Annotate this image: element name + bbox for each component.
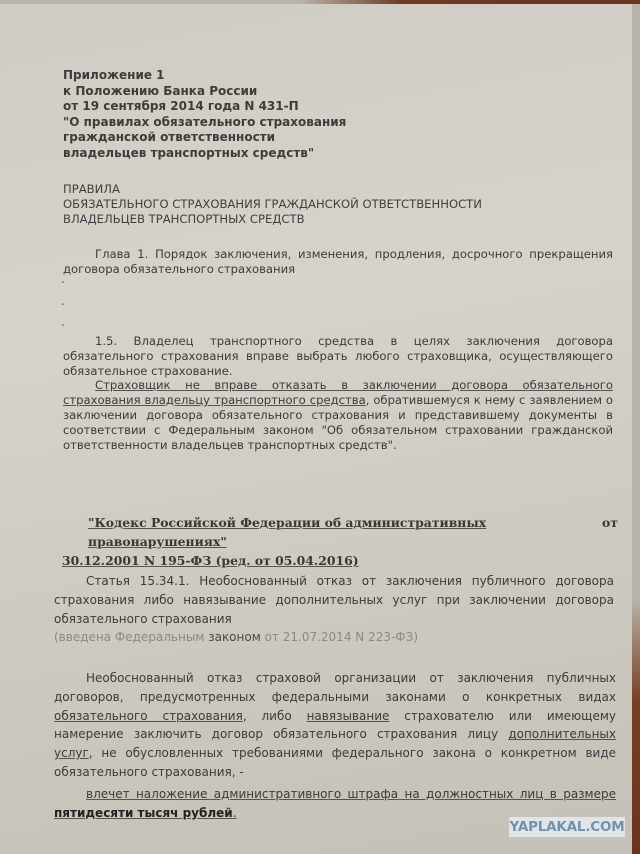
appendix-line: к Положению Банка России	[63, 84, 346, 100]
ellipsis-dot: .	[61, 294, 65, 308]
article-amendment: (введена Федеральным законом от 21.07.20…	[54, 628, 614, 647]
koap-title: "Кодекс Российской Федерации об админист…	[88, 513, 602, 551]
underlined-mandatory-insurance: обязательного страхования	[54, 709, 243, 723]
appendix-line: от 19 сентября 2014 года N 431-П	[63, 99, 346, 115]
violation-paragraph: Необоснованный отказ страховой организац…	[54, 669, 616, 782]
underlined-penalty: влечет наложение административного штраф…	[86, 787, 616, 801]
appendix-line: владельцев транспортных средств"	[63, 146, 346, 162]
rules-title-line: ОБЯЗАТЕЛЬНОГО СТРАХОВАНИЯ ГРАЖДАНСКОЙ ОТ…	[63, 197, 482, 212]
appendix-line: Приложение 1	[63, 68, 346, 84]
koap-heading: "Кодекс Российской Федерации об админист…	[88, 513, 618, 570]
clause-1-5: 1.5. Владелец транспортного средства в ц…	[63, 334, 613, 379]
appendix-header: Приложение 1 к Положению Банка России от…	[63, 68, 346, 161]
rules-title: ПРАВИЛА ОБЯЗАТЕЛЬНОГО СТРАХОВАНИЯ ГРАЖДА…	[63, 182, 482, 227]
koap-heading-line2: 30.12.2001 N 195-ФЗ (ред. от 05.04.2016)	[62, 551, 618, 570]
koap-heading-line1: "Кодекс Российской Федерации об админист…	[88, 513, 618, 551]
article-15-34-1: Статья 15.34.1. Необоснованный отказ от …	[54, 572, 614, 647]
koap-from: от	[602, 513, 618, 551]
appendix-line: гражданской ответственности	[63, 130, 346, 146]
rules-title-line: ПРАВИЛА	[63, 182, 482, 197]
rules-title-line: ВЛАДЕЛЬЦЕВ ТРАНСПОРТНЫХ СРЕДСТВ	[63, 212, 482, 227]
fine-amount: пятидесяти тысяч рублей	[54, 806, 233, 820]
ellipsis-dot: .	[61, 272, 65, 286]
chapter-heading: Глава 1. Порядок заключения, изменения, …	[63, 247, 613, 277]
article-title: Статья 15.34.1. Необоснованный отказ от …	[54, 572, 614, 628]
koap-date: 30.12.2001 N 195-ФЗ (ред. от 05.04.2016)	[62, 553, 359, 568]
appendix-line: "О правилах обязательного страхования	[63, 115, 346, 131]
ellipsis-dot: .	[61, 315, 65, 329]
underlined-imposition: навязывание	[307, 709, 390, 723]
clause-1-5-insurer-duty: Страховщик не вправе отказать в заключен…	[63, 378, 613, 453]
law-link: законом	[208, 630, 261, 644]
site-watermark: YAPLAKAL.COM	[509, 817, 625, 837]
document-page: Приложение 1 к Положению Банка России от…	[0, 4, 632, 854]
